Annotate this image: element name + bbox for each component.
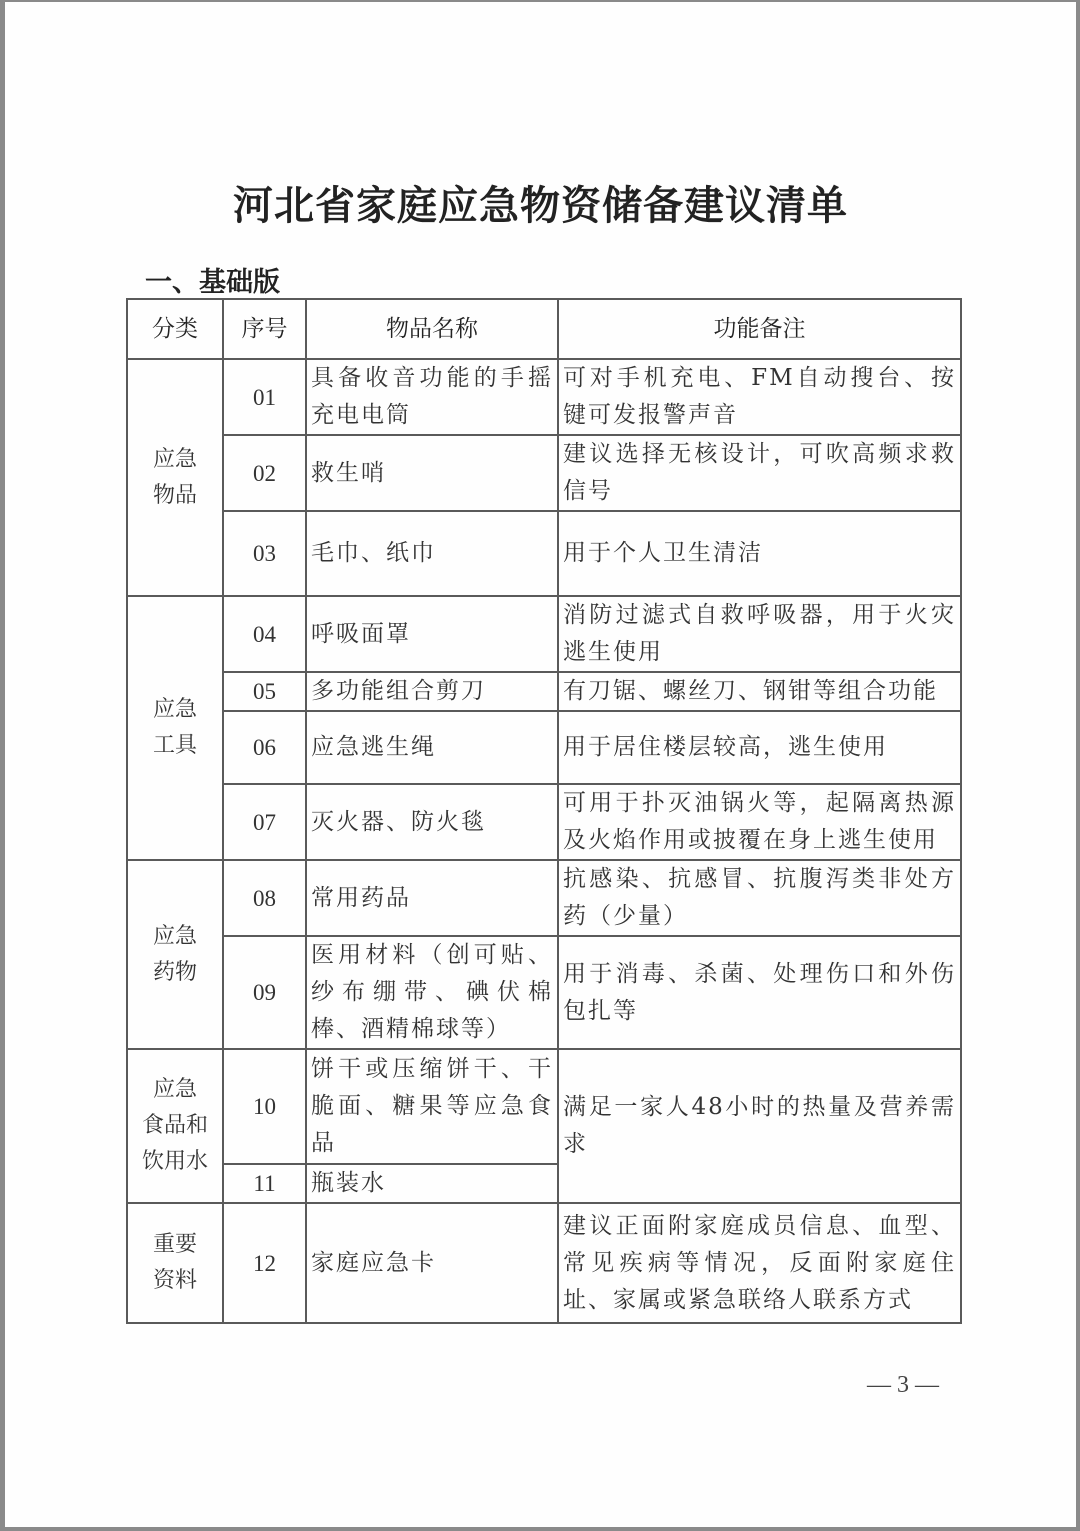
item-name: 灭火器、防火毯 xyxy=(306,784,558,860)
row-number: 07 xyxy=(223,784,306,860)
row-number: 06 xyxy=(223,711,306,784)
row-number: 03 xyxy=(223,511,306,596)
table-row: 09 医用材料（创可贴、纱布绷带、碘伏棉棒、酒精棉球等） 用于消毒、杀菌、处理伤… xyxy=(127,936,961,1049)
category-cell: 重要 资料 xyxy=(127,1203,223,1323)
row-number: 01 xyxy=(223,359,306,435)
header-category: 分类 xyxy=(127,299,223,359)
row-number: 09 xyxy=(223,936,306,1049)
document-page: 河北省家庭应急物资储备建议清单 一、基础版 分类 序号 物品名称 功能备注 应急… xyxy=(5,2,1076,1527)
header-number: 序号 xyxy=(223,299,306,359)
row-number: 10 xyxy=(223,1049,306,1164)
item-name: 常用药品 xyxy=(306,860,558,936)
category-cell: 应急 食品和 饮用水 xyxy=(127,1049,223,1203)
item-note: 用于消毒、杀菌、处理伤口和外伤包扎等 xyxy=(558,936,961,1049)
row-number: 04 xyxy=(223,596,306,672)
table-header-row: 分类 序号 物品名称 功能备注 xyxy=(127,299,961,359)
header-item-name: 物品名称 xyxy=(306,299,558,359)
row-number: 12 xyxy=(223,1203,306,1323)
item-note: 用于居住楼层较高，逃生使用 xyxy=(558,711,961,784)
item-name: 呼吸面罩 xyxy=(306,596,558,672)
page-number: — 3 — xyxy=(867,1372,939,1399)
page-title: 河北省家庭应急物资储备建议清单 xyxy=(5,174,1076,231)
table-row: 应急 物品 01 具备收音功能的手摇充电电筒 可对手机充电、FM自动搜台、按键可… xyxy=(127,359,961,435)
item-note: 用于个人卫生清洁 xyxy=(558,511,961,596)
section-heading: 一、基础版 xyxy=(145,260,280,299)
item-name: 多功能组合剪刀 xyxy=(306,672,558,711)
table-row: 应急 工具 04 呼吸面罩 消防过滤式自救呼吸器，用于火灾逃生使用 xyxy=(127,596,961,672)
header-function-note: 功能备注 xyxy=(558,299,961,359)
item-name: 瓶装水 xyxy=(306,1164,558,1203)
table-row: 07 灭火器、防火毯 可用于扑灭油锅火等，起隔离热源及火焰作用或披覆在身上逃生使… xyxy=(127,784,961,860)
table-row: 03 毛巾、纸巾 用于个人卫生清洁 xyxy=(127,511,961,596)
item-name: 应急逃生绳 xyxy=(306,711,558,784)
item-note: 抗感染、抗感冒、抗腹泻类非处方药（少量） xyxy=(558,860,961,936)
item-name: 毛巾、纸巾 xyxy=(306,511,558,596)
table-row: 05 多功能组合剪刀 有刀锯、螺丝刀、钢钳等组合功能 xyxy=(127,672,961,711)
row-number: 08 xyxy=(223,860,306,936)
item-name: 具备收音功能的手摇充电电筒 xyxy=(306,359,558,435)
item-note: 有刀锯、螺丝刀、钢钳等组合功能 xyxy=(558,672,961,711)
item-note: 建议选择无核设计，可吹高频求救信号 xyxy=(558,435,961,511)
row-number: 02 xyxy=(223,435,306,511)
item-note: 可用于扑灭油锅火等，起隔离热源及火焰作用或披覆在身上逃生使用 xyxy=(558,784,961,860)
category-cell: 应急 物品 xyxy=(127,359,223,596)
supplies-table: 分类 序号 物品名称 功能备注 应急 物品 01 具备收音功能的手摇充电电筒 可… xyxy=(126,298,962,1324)
table-row: 重要 资料 12 家庭应急卡 建议正面附家庭成员信息、血型、常见疾病等情况，反面… xyxy=(127,1203,961,1323)
item-note: 满足一家人48小时的热量及营养需求 xyxy=(558,1049,961,1203)
table-row: 应急 药物 08 常用药品 抗感染、抗感冒、抗腹泻类非处方药（少量） xyxy=(127,860,961,936)
table-row: 06 应急逃生绳 用于居住楼层较高，逃生使用 xyxy=(127,711,961,784)
row-number: 11 xyxy=(223,1164,306,1203)
item-name: 家庭应急卡 xyxy=(306,1203,558,1323)
category-cell: 应急 药物 xyxy=(127,860,223,1049)
category-cell: 应急 工具 xyxy=(127,596,223,860)
row-number: 05 xyxy=(223,672,306,711)
item-note: 可对手机充电、FM自动搜台、按键可发报警声音 xyxy=(558,359,961,435)
item-name: 饼干或压缩饼干、干脆面、糖果等应急食品 xyxy=(306,1049,558,1164)
table-row: 02 救生哨 建议选择无核设计，可吹高频求救信号 xyxy=(127,435,961,511)
table-row: 应急 食品和 饮用水 10 饼干或压缩饼干、干脆面、糖果等应急食品 满足一家人4… xyxy=(127,1049,961,1164)
item-note: 消防过滤式自救呼吸器，用于火灾逃生使用 xyxy=(558,596,961,672)
item-note: 建议正面附家庭成员信息、血型、常见疾病等情况，反面附家庭住址、家属或紧急联络人联… xyxy=(558,1203,961,1323)
item-name: 医用材料（创可贴、纱布绷带、碘伏棉棒、酒精棉球等） xyxy=(306,936,558,1049)
item-name: 救生哨 xyxy=(306,435,558,511)
